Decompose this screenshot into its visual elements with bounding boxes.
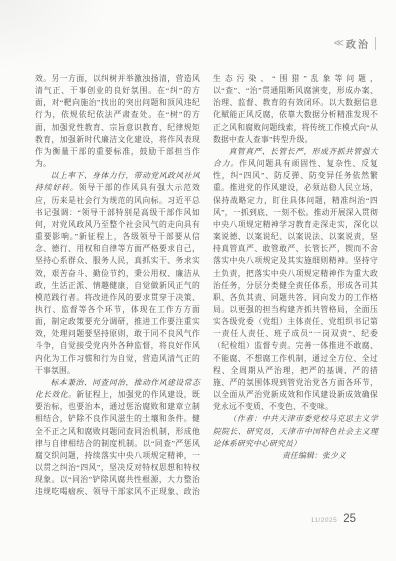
paragraph-lead: 标本兼治、同查同治，推动作风建设常态化长效化。 (35, 378, 200, 399)
guillemet-icon: ≪ (334, 38, 343, 49)
issue-number: 11/2025 (311, 517, 338, 524)
section-label: 政治 (346, 36, 370, 51)
body-paragraph: 以上率下、身体力行，带动党风政风社风持续好转。领导干部的作风具有强大示范效应，历… (35, 170, 200, 377)
paragraph-lead: 以上率下、身体力行，带动党风政风社风持续好转。 (35, 171, 200, 192)
responsible-editor-line: 责任编辑：张少义 (213, 450, 378, 462)
page-header: ≪ 政治 (334, 36, 376, 51)
page-footer: 11/2025 25 (311, 513, 356, 525)
magazine-page: { "header": { "guillemet": "≪", "section… (0, 0, 396, 561)
header-divider-rule (375, 37, 376, 50)
author-note: （作者：中共天津市委党校马克思主义学院院长、研究员，天津市中国特色社会主义理论体… (213, 413, 378, 449)
paragraph-lead: 真管真严、长管长严，形成齐抓共管强大合力。 (213, 147, 378, 168)
body-paragraph: 真管真严、长管长严，形成齐抓共管强大合力。作风问题具有顽固性、复杂性、反复性，纠… (213, 146, 378, 413)
body-paragraph: 效。另一方面，以纠树并举激浊扬清，营造风清气正、干事创业的良好氛围。在“纠”的方… (35, 73, 200, 170)
page-number: 25 (343, 513, 356, 525)
scan-corner-shading (0, 0, 110, 70)
article-two-column-body: 效。另一方面，以纠树并举激浊扬清，营造风清气正、干事创业的良好氛围。在“纠”的方… (35, 73, 378, 505)
